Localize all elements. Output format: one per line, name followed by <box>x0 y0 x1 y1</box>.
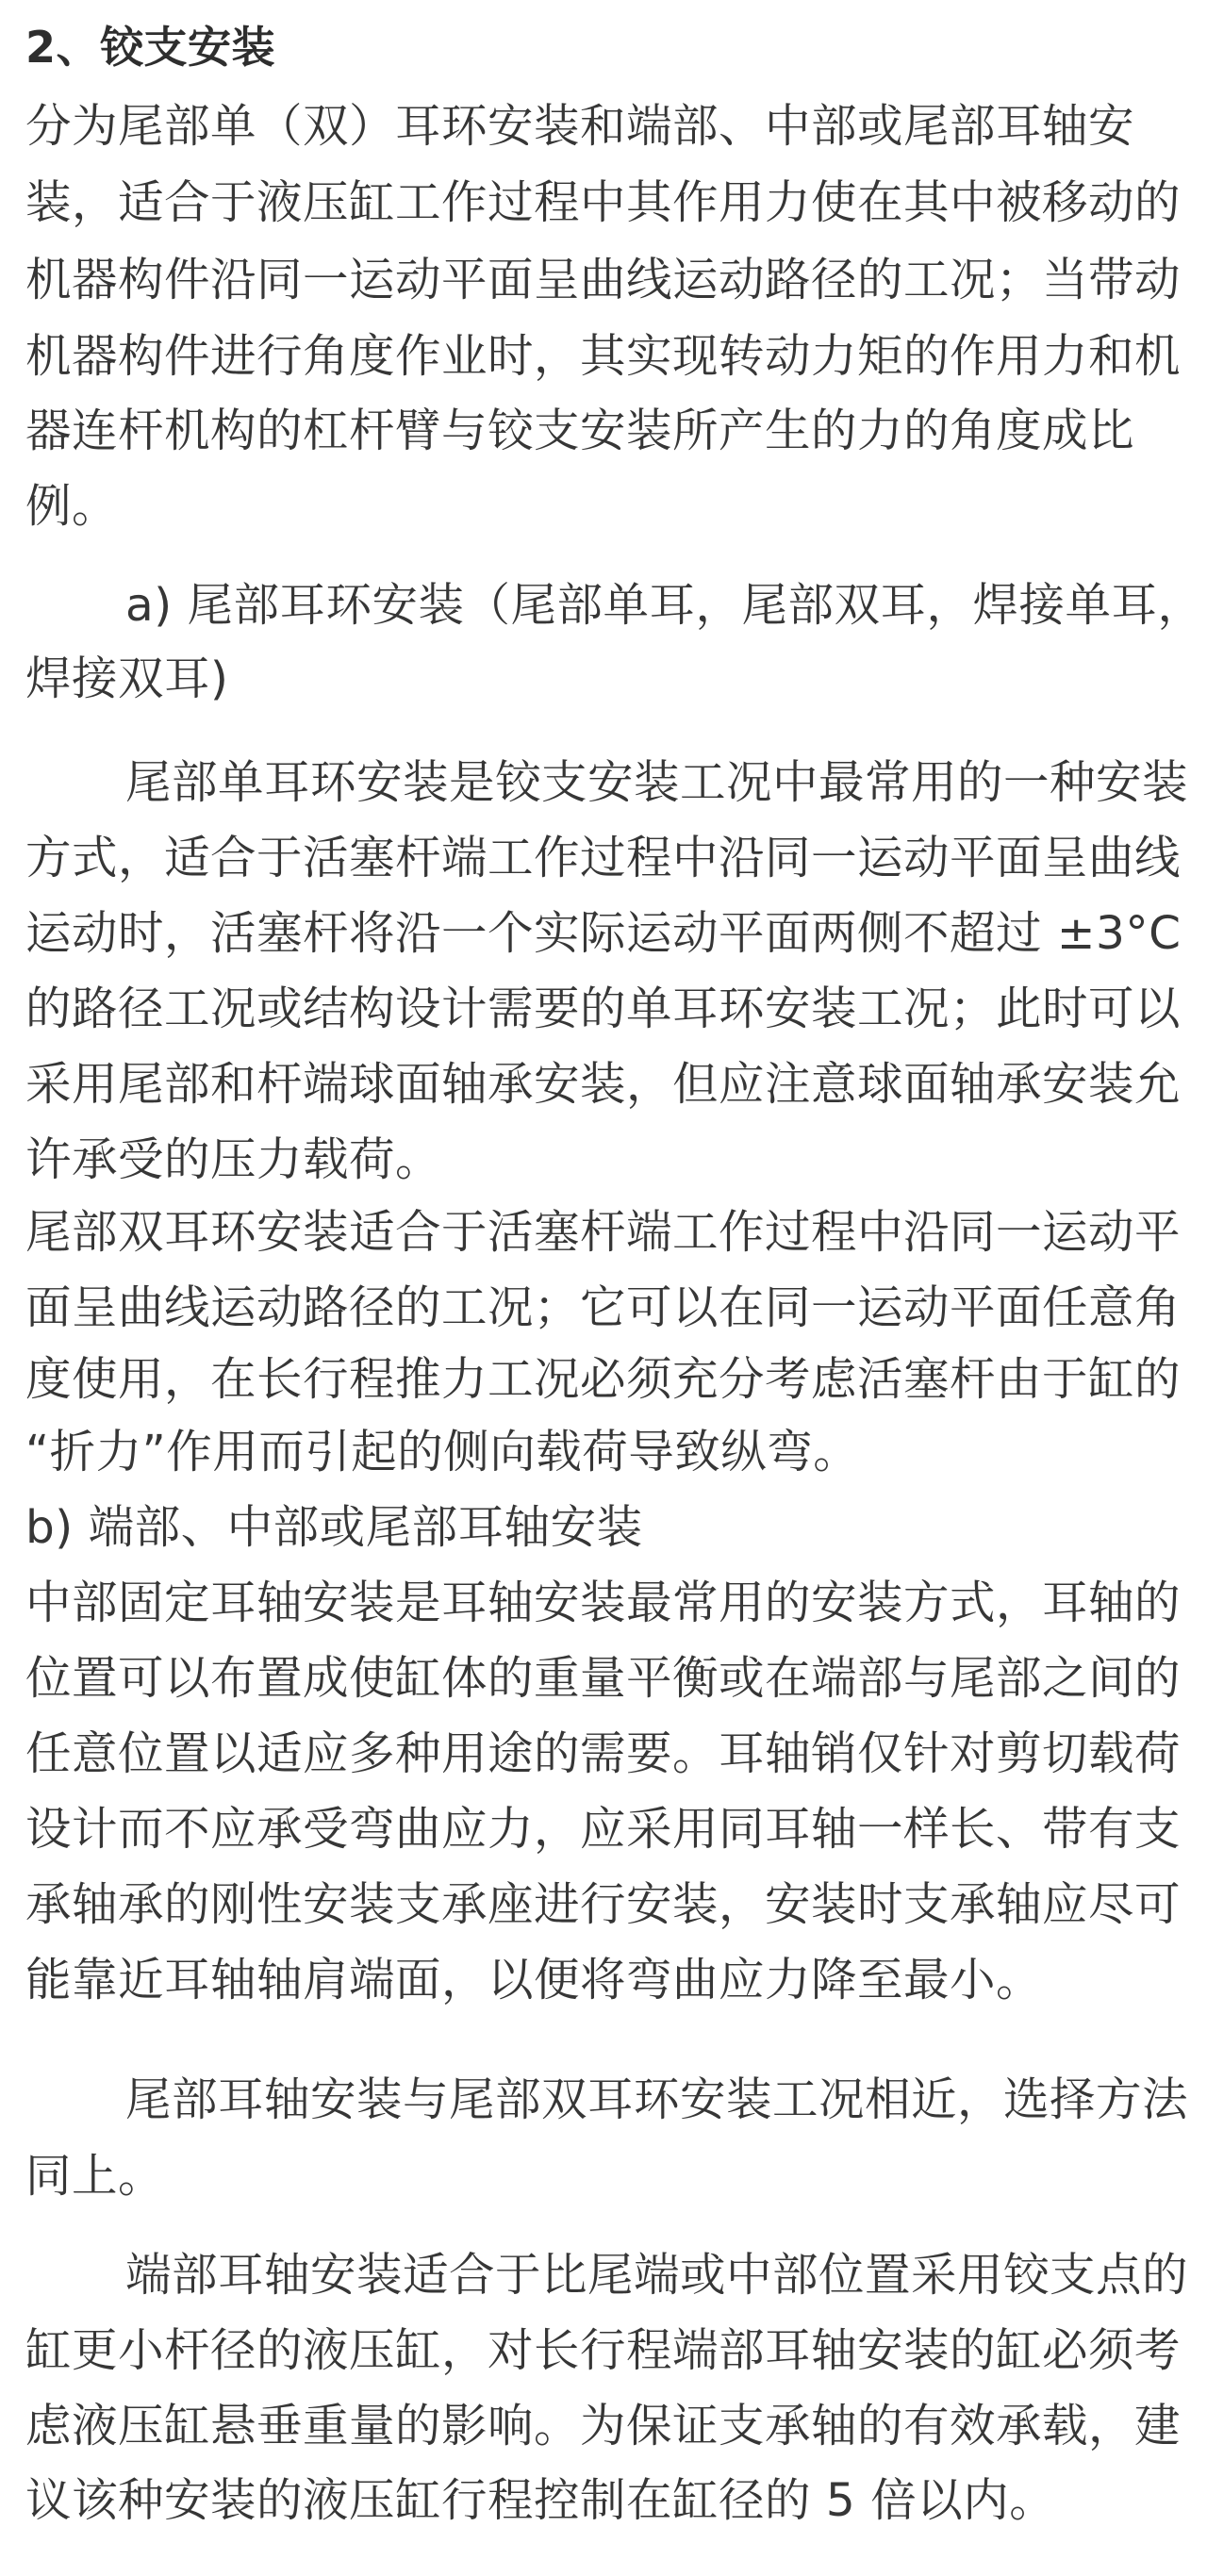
paragraph-line: 任意位置以适应多种用途的需要。耳轴销仅针对剪切载荷 <box>25 1726 1185 1782</box>
paragraph-line: “折力”作用而引起的侧向载荷导致纵弯。 <box>25 1424 1185 1480</box>
paragraph-line: 装，适合于液压缸工作过程中其作用力使在其中被移动的 <box>25 174 1185 231</box>
paragraph-line: 议该种安装的液压缸行程控制在缸径的 5 倍以内。 <box>25 2472 1185 2529</box>
paragraph-line: 运动时，活塞杆将沿一个实际运动平面两侧不超过 ±3°C <box>25 905 1185 962</box>
subsection-b-heading: b) 端部、中部或尾部耳轴安装 <box>25 1499 1185 1556</box>
section-heading: 2、铰支安装 <box>25 19 1185 75</box>
paragraph-line: 方式，适合于活塞杆端工作过程中沿同一运动平面呈曲线 <box>25 830 1185 886</box>
paragraph-line: 虑液压缸悬垂重量的影响。为保证支承轴的有效承载，建 <box>25 2398 1185 2454</box>
paragraph-line: 度使用，在长行程推力工况必须充分考虑活塞杆由于缸的 <box>25 1351 1185 1408</box>
paragraph-line: 同上。 <box>25 2148 1185 2204</box>
paragraph-line: 端部耳轴安装适合于比尾端或中部位置采用铰支点的 <box>125 2247 1185 2304</box>
paragraph-line: 器连杆机构的杠杆臂与铰支安装所产生的力的角度成比 <box>25 403 1185 459</box>
paragraph-line: 面呈曲线运动路径的工况；它可以在同一运动平面任意角 <box>25 1280 1185 1336</box>
paragraph-line: 采用尾部和杆端球面轴承安装，但应注意球面轴承安装允 <box>25 1056 1185 1113</box>
paragraph-line: 例。 <box>25 478 1185 535</box>
paragraph-line: 机器构件进行角度作业时，其实现转动力矩的作用力和机 <box>25 328 1185 385</box>
paragraph-line: 分为尾部单（双）耳环安装和端部、中部或尾部耳轴安 <box>25 98 1185 155</box>
paragraph-line: 中部固定耳轴安装是耳轴安装最常用的安装方式，耳轴的 <box>25 1575 1185 1631</box>
paragraph-line: 设计而不应承受弯曲应力，应采用同耳轴一样长、带有支 <box>25 1801 1185 1858</box>
paragraph-line: 位置可以布置成使缸体的重量平衡或在端部与尾部之间的 <box>25 1650 1185 1707</box>
paragraph-line: 尾部双耳环安装适合于活塞杆端工作过程中沿同一运动平 <box>25 1204 1185 1261</box>
paragraph-line: 机器构件沿同一运动平面呈曲线运动路径的工况；当带动 <box>25 252 1185 308</box>
paragraph-line: 承轴承的刚性安装支承座进行安装，安装时支承轴应尽可 <box>25 1876 1185 1933</box>
paragraph-line: 尾部耳轴安装与尾部双耳环安装工况相近，选择方法 <box>125 2072 1185 2128</box>
paragraph-line: 缸更小杆径的液压缸，对长行程端部耳轴安装的缸必须考 <box>25 2322 1185 2379</box>
paragraph-line: 能靠近耳轴轴肩端面，以便将弯曲应力降至最小。 <box>25 1952 1185 2008</box>
paragraph-line: 的路径工况或结构设计需要的单耳环安装工况；此时可以 <box>25 981 1185 1037</box>
subsection-a-heading-cont: 焊接双耳) <box>25 651 1185 707</box>
article-body: 2、铰支安装 分为尾部单（双）耳环安装和端部、中部或尾部耳轴安 装，适合于液压缸… <box>0 0 1207 2576</box>
paragraph-line: 尾部单耳环安装是铰支安装工况中最常用的一种安装 <box>125 754 1185 811</box>
paragraph-line: 许承受的压力载荷。 <box>25 1131 1185 1188</box>
subsection-a-heading: a) 尾部耳环安装（尾部单耳，尾部双耳，焊接单耳， <box>125 577 1185 634</box>
